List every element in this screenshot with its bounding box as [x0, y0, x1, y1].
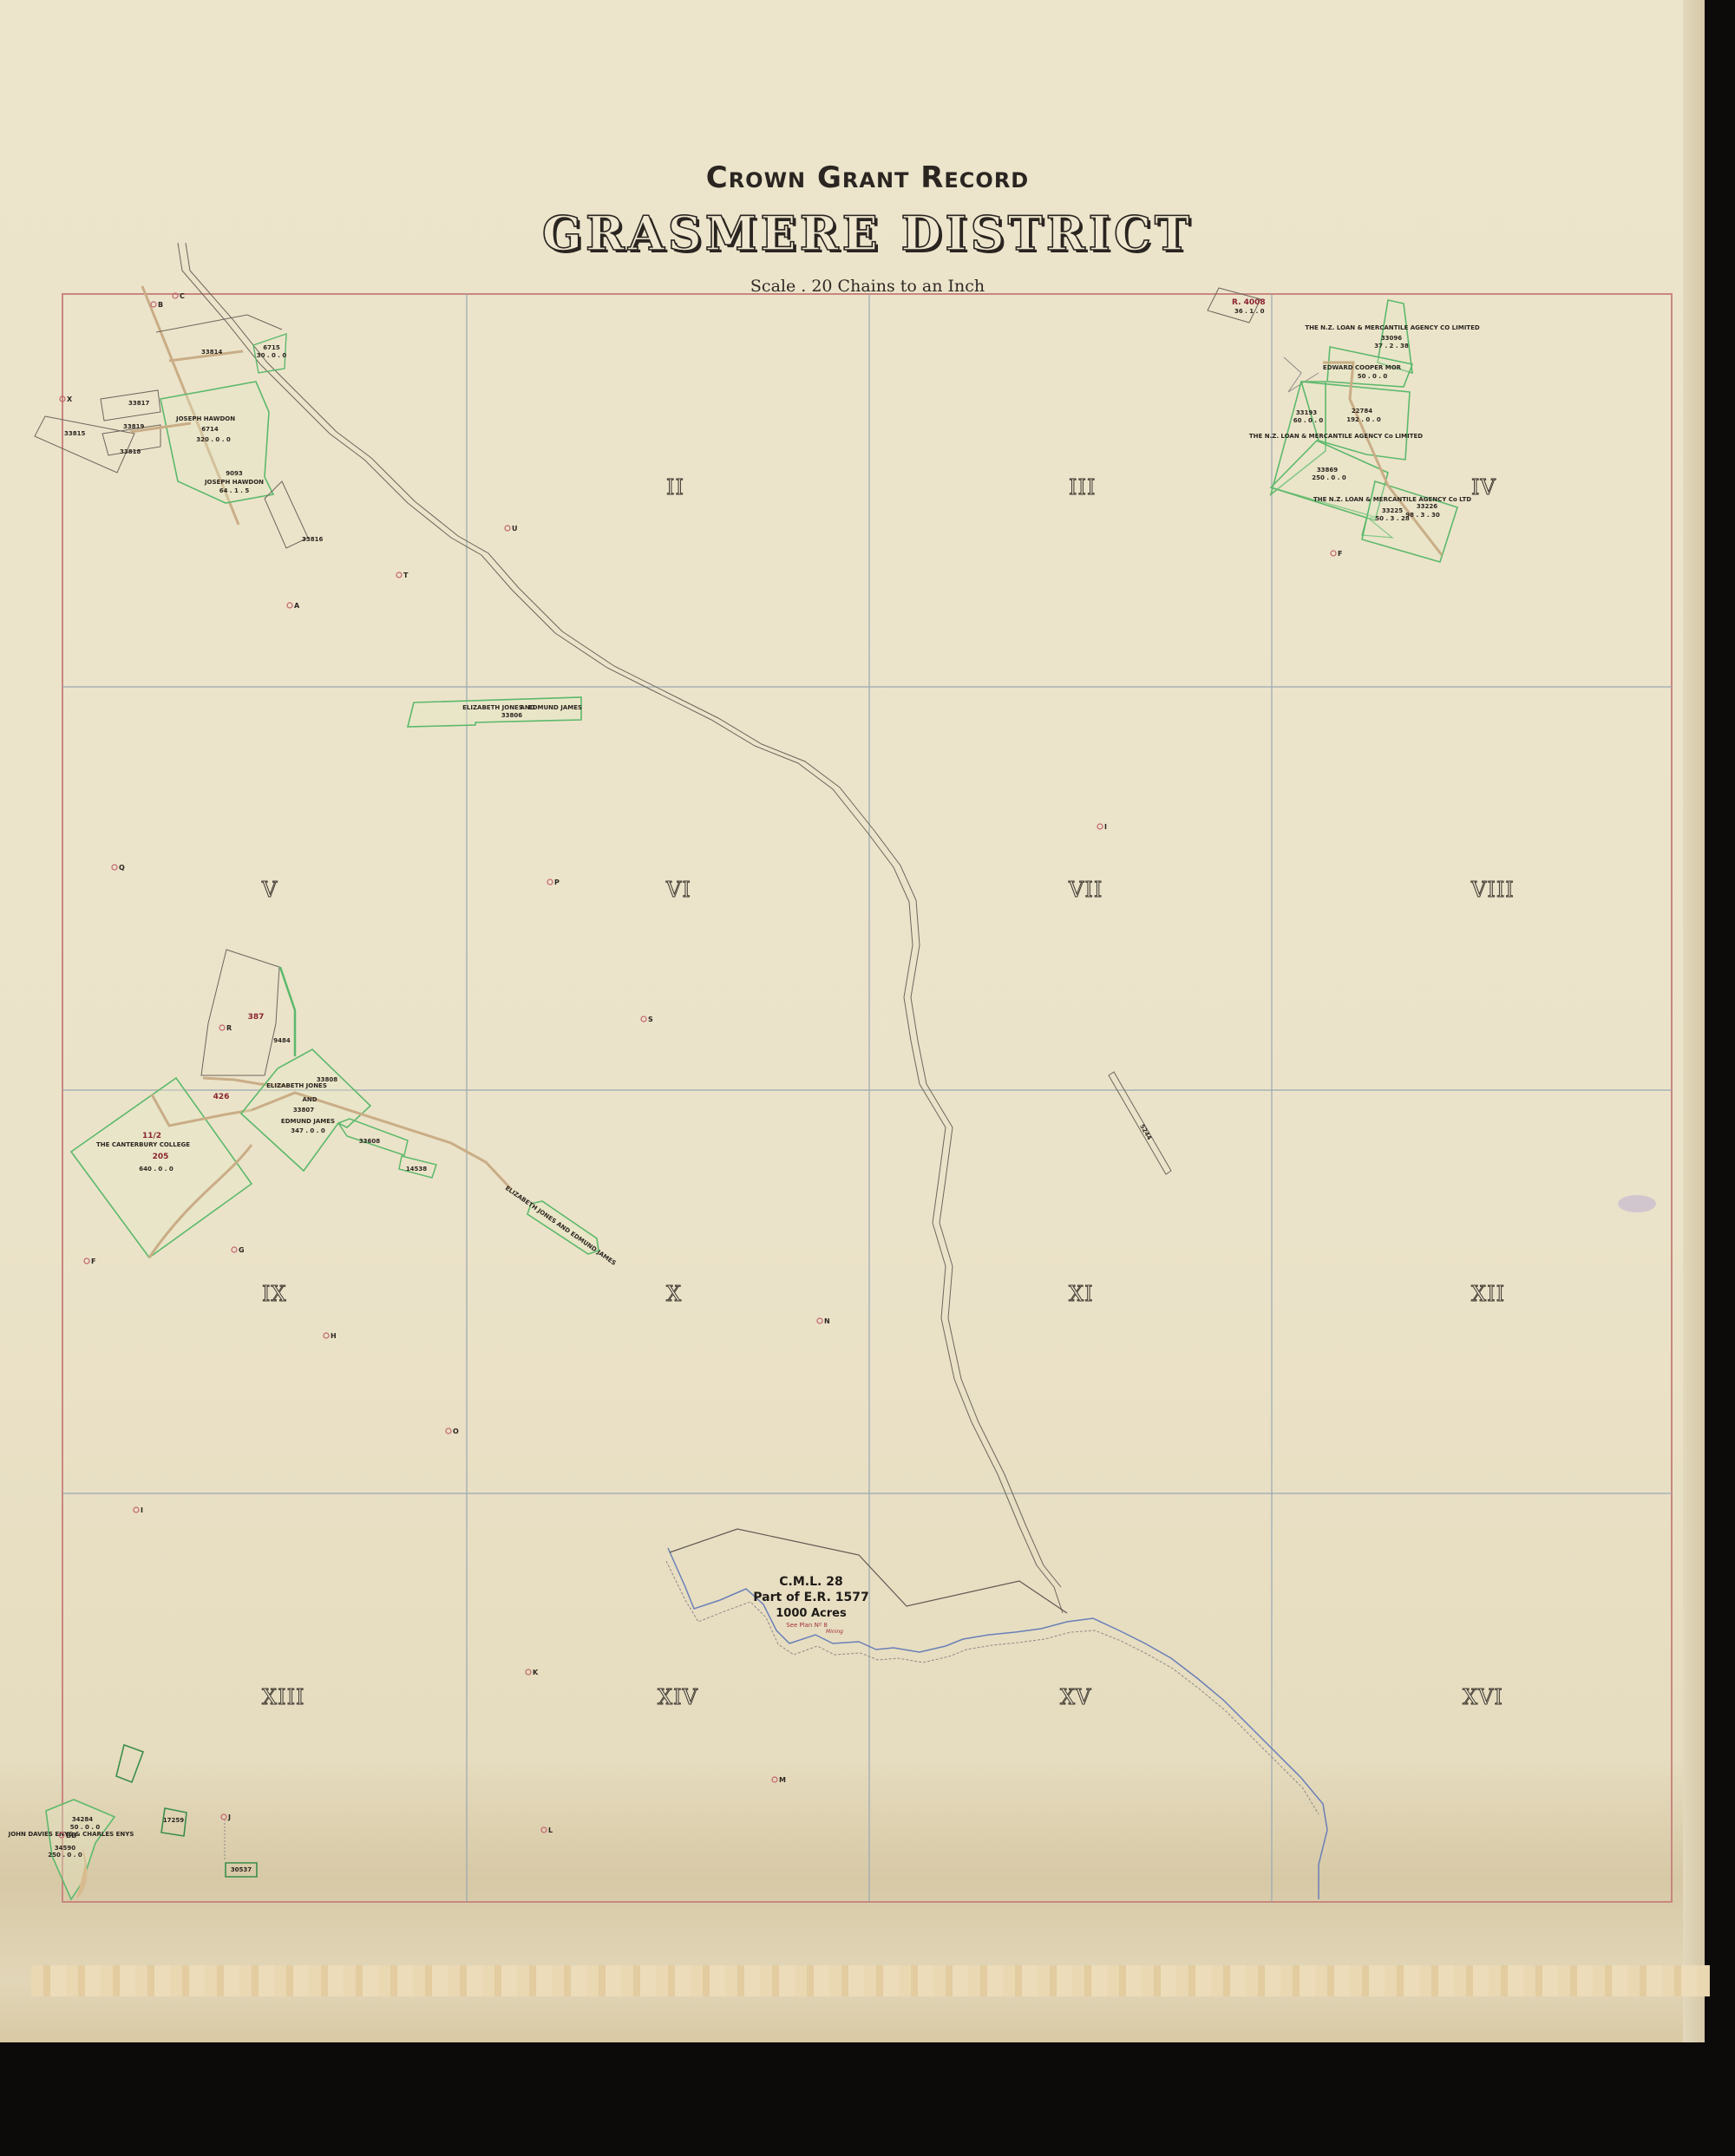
parcel-33096-area: 37 . 2 . 38: [1374, 343, 1409, 350]
run-33815: 33815: [64, 430, 85, 437]
trig-r: R: [219, 1024, 232, 1032]
parcel-33096-number: 33096: [1381, 335, 1402, 342]
parcel-33869-area: 250 . 0 . 0: [1312, 474, 1346, 481]
parcel-hawdon-9253-owner: JOSEPH HAWDON: [204, 479, 264, 486]
svg-text:K: K: [533, 1669, 539, 1676]
parcel-33226-area: 98 . 3 . 30: [1405, 512, 1440, 519]
section-xiv: XIV: [658, 1685, 698, 1709]
svg-text:S: S: [648, 1016, 653, 1023]
section-xi: XI: [1069, 1282, 1094, 1306]
trig-m: M: [772, 1776, 786, 1784]
trig-k: K: [526, 1669, 539, 1676]
parcel-33806-owners-2: EDMUND JAMES: [528, 704, 582, 711]
parcel-hawdon-6715-area: 30 . 0 . 0: [257, 352, 287, 359]
parcel-strip-xi: 5244: [1109, 1072, 1171, 1174]
parcel-canterbury-area: 640 . 0 . 0: [139, 1166, 173, 1173]
reserve-number: R. 4008: [1232, 298, 1266, 307]
section-iv: IV: [1471, 475, 1496, 500]
trig-p: P: [547, 879, 560, 886]
parcel-22784-area: 192 . 0 . 0: [1346, 416, 1381, 423]
parcel-33807-owner-1: ELIZABETH JONES: [266, 1082, 327, 1089]
parcel-33806[interactable]: ELIZABETH JONES AND EDMUND JAMES 33806: [408, 697, 582, 727]
svg-text:O: O: [453, 1428, 459, 1435]
parcel-hawdon-number: 6714: [201, 426, 219, 433]
parcel-7777-owner: EDWARD COOPER MOR: [1323, 364, 1402, 371]
svg-text:F: F: [91, 1258, 95, 1265]
strip-xi-number: 5244: [1138, 1123, 1153, 1141]
section-vi: VI: [665, 878, 691, 902]
map-canvas[interactable]: II III IV V VI VII VIII IX X XI XII XIII…: [0, 0, 1735, 2156]
reserve-426: 426: [213, 1093, 230, 1101]
svg-text:T: T: [403, 572, 409, 579]
reserve-area: 36 . 1 . 0: [1234, 308, 1265, 315]
parcel-33807-and: AND: [302, 1096, 317, 1103]
parcel-17259-number: 17259: [163, 1817, 184, 1824]
trig-u: U: [505, 525, 518, 532]
run-33816: 33816: [302, 536, 323, 543]
parcel-34590-number: 34590: [55, 1845, 75, 1852]
svg-text:F: F: [1338, 550, 1342, 558]
paper-stain: [1618, 1195, 1656, 1212]
section-labels: II III IV V VI VII VIII IX X XI XII XIII…: [261, 475, 1515, 1709]
trig-l: L: [541, 1826, 553, 1834]
parcel-33869-number: 33869: [1317, 467, 1338, 474]
parcel-hawdon-area: 320 . 0 . 0: [196, 436, 231, 443]
section-xvi: XVI: [1463, 1685, 1503, 1709]
parcel-canterbury-owner: THE CANTERBURY COLLEGE: [96, 1141, 190, 1148]
parcel-hawdon-9093-number: 9093: [226, 470, 243, 477]
parcel-34590-area: 250 . 0 . 0: [48, 1852, 82, 1859]
parcel-33808-number: 33808: [317, 1076, 337, 1083]
section-ix-parcels: 387 426 9484 ELIZABETH JONES AND 33807 E…: [71, 950, 512, 1258]
parcel-9484-number: 9484: [273, 1037, 291, 1044]
section-vii: VII: [1068, 878, 1103, 902]
svg-text:U: U: [512, 525, 518, 532]
svg-text:R: R: [226, 1024, 232, 1032]
parcel-33807-number: 33807: [293, 1107, 314, 1114]
run-33818: 33818: [120, 448, 141, 455]
svg-text:G: G: [239, 1246, 245, 1254]
parcel-33193-area: 60 . 0 . 0: [1293, 417, 1324, 424]
svg-text:B: B: [158, 301, 163, 309]
cml-part-of: Part of E.R. 1577: [753, 1591, 868, 1604]
parcel-33809-text: ELIZABETH JONES AND EDMUND JAMES: [504, 1185, 618, 1267]
parcel-33225-number: 33225: [1382, 507, 1403, 514]
parcel-hawdon-owner: JOSEPH HAWDON: [175, 415, 235, 422]
parcel-30537-number: 30537: [231, 1866, 252, 1873]
parcel-nz-loan-low-owner: THE N.Z. LOAN & MERCANTILE AGENCY Co LTD: [1313, 496, 1471, 503]
section-x: X: [666, 1282, 682, 1306]
parcel-33807-owner-2: EDMUND JAMES: [281, 1118, 335, 1125]
svg-text:I: I: [1104, 823, 1107, 831]
parcel-nz-loan-mid-owner: THE N.Z. LOAN & MERCANTILE AGENCY Co LIM…: [1249, 433, 1423, 440]
section-xiii: XIII: [262, 1685, 305, 1709]
parcel-7777-area: 50 . 0 . 0: [1358, 373, 1388, 380]
parcel-hawdon-9253-area: 64 . 1 . 5: [219, 487, 250, 494]
section-xii: XII: [1471, 1282, 1505, 1306]
section-xv: XV: [1060, 1685, 1091, 1709]
parcel-14538-number: 14538: [406, 1166, 427, 1173]
parcel-33226-number: 33226: [1417, 503, 1437, 510]
trig-i-vii: I: [1097, 823, 1107, 831]
svg-text:I: I: [141, 1506, 143, 1514]
trig-t: T: [396, 572, 409, 579]
cml-mining: Mining: [826, 1629, 843, 1635]
section-viii: VIII: [1470, 878, 1515, 902]
section-v: V: [261, 878, 278, 902]
svg-text:H: H: [331, 1332, 337, 1340]
parcel-33806-number: 33806: [501, 712, 522, 719]
parcel-canterbury-number: 205: [153, 1153, 169, 1161]
parcel-34284-area: 50 . 0 . 0: [70, 1824, 101, 1831]
trig-q: Q: [112, 864, 125, 872]
trig-f-ne: F: [1331, 550, 1342, 558]
trig-stations: C B X U T A F Q P I R S G F H N O I K M …: [59, 292, 1342, 1839]
trig-n: N: [817, 1317, 830, 1325]
run-33814: 33814: [201, 349, 222, 356]
svg-text:Q: Q: [119, 864, 125, 872]
cml-number: C.M.L. 28: [779, 1575, 842, 1589]
svg-text:P: P: [554, 879, 560, 886]
parcel-33807-area: 347 . 0 . 0: [291, 1127, 325, 1134]
section-ii: II: [666, 475, 684, 500]
parcel-33806-owners-1: ELIZABETH JONES: [462, 704, 523, 711]
section-xiii-parcels: 34284 50 . 0 . 0 JOHN DAVIES ENYS & CHAR…: [8, 1745, 257, 1899]
svg-text:BB: BB: [66, 1832, 76, 1839]
section-iii: III: [1069, 475, 1096, 500]
cml-acres: 1000 Acres: [776, 1607, 847, 1620]
svg-text:C: C: [180, 292, 185, 300]
cml-28-label[interactable]: C.M.L. 28 Part of E.R. 1577 1000 Acres S…: [753, 1575, 868, 1635]
trig-h: H: [324, 1332, 337, 1340]
svg-text:X: X: [67, 395, 73, 403]
parcel-33809[interactable]: ELIZABETH JONES AND EDMUND JAMES: [504, 1185, 618, 1267]
parcel-22784-number: 22784: [1352, 408, 1372, 415]
svg-text:J: J: [227, 1813, 231, 1821]
trig-g: G: [232, 1246, 245, 1254]
reserve-387: 387: [248, 1013, 265, 1022]
trig-o: O: [446, 1428, 459, 1435]
run-33817: 33817: [128, 400, 149, 407]
parcel-33225-area: 50 . 3 . 28: [1375, 515, 1410, 522]
section-ix: IX: [262, 1282, 287, 1306]
section-i-parcels: JOSEPH HAWDON 6714 320 . 0 . 0 9093 JOSE…: [35, 286, 323, 548]
svg-text:L: L: [548, 1826, 553, 1834]
svg-text:M: M: [779, 1776, 786, 1784]
svg-text:N: N: [824, 1317, 830, 1325]
section-iv-parcels: R. 4008 36 . 1 . 0 THE N.Z. LOAN & MERCA…: [1208, 288, 1480, 562]
cml-see-plan: See Plan Nº 8: [786, 1622, 828, 1629]
run-33819: 33819: [123, 423, 144, 430]
trig-s: S: [641, 1016, 653, 1023]
main-road: [178, 243, 1063, 1613]
trig-f-sw: F: [84, 1258, 95, 1265]
parcel-33096-owner: THE N.Z. LOAN & MERCANTILE AGENCY CO LIM…: [1305, 324, 1480, 331]
trig-j: J: [221, 1813, 231, 1821]
parcel-33608-number: 33608: [359, 1138, 380, 1145]
svg-text:A: A: [294, 602, 300, 610]
trig-b: B: [151, 301, 163, 309]
trig-a: A: [287, 602, 300, 610]
trig-i-xiii: I: [134, 1506, 143, 1514]
parcel-34284-number: 34284: [72, 1816, 93, 1823]
parcel-canterbury-sheet: 11/2: [142, 1132, 161, 1140]
parcel-hawdon-6715-number: 6715: [263, 344, 280, 351]
parcel-33193-number: 33193: [1296, 409, 1317, 416]
